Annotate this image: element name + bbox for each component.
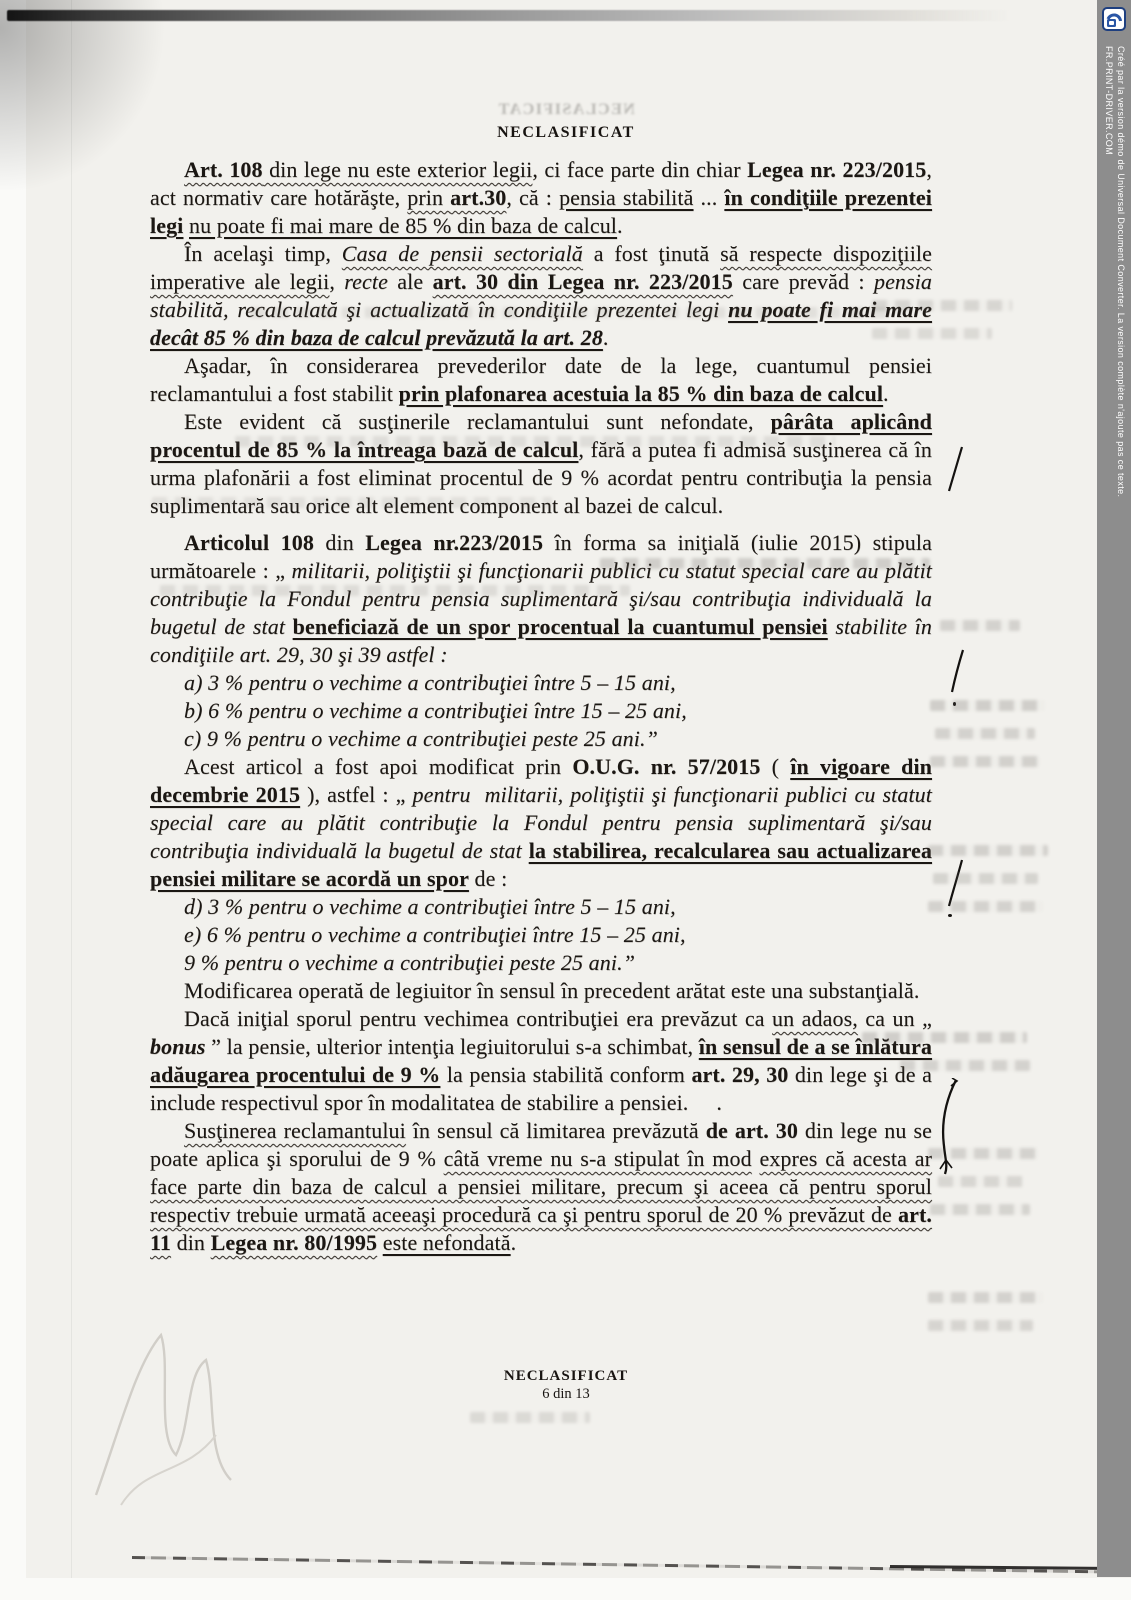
scan-left-margin	[0, 0, 26, 1600]
text-run: nu poate fi mai mare de 85 % din baza de…	[189, 213, 617, 238]
text-run: d) 3 % pentru o vechime a contribuţiei î…	[184, 894, 676, 919]
pencil-scribble	[66, 1305, 296, 1515]
text-run: câtă vreme nu s-a stipulat în mod	[444, 1146, 752, 1171]
classification-header: NECLASIFICAT	[175, 124, 957, 142]
bleedthrough-ghost-line	[152, 497, 552, 508]
paragraph: Dacă iniţial sporul pentru vechimea cont…	[150, 1005, 932, 1117]
text-run: un adaos,	[772, 1006, 858, 1031]
bleedthrough-ghost-line	[935, 728, 1035, 739]
text-run: .	[603, 325, 609, 350]
paragraph: Susţinerea reclamantului în sensul că li…	[150, 1117, 932, 1257]
bleedthrough-ghost-line	[933, 873, 1038, 884]
text-run: b) 6 % pentru o vechime a contribuţiei î…	[184, 698, 687, 723]
paragraph: În acelaşi timp, Casa de pensii sectoria…	[150, 240, 932, 352]
document-body: Art. 108 din lege nu este exterior legii…	[150, 156, 932, 1257]
text-run: 9 % pentru o vechime a contribuţiei pest…	[184, 950, 635, 975]
text-run: , că :	[506, 185, 559, 210]
text-run: .	[883, 381, 889, 406]
paragraph: Art. 108 din lege nu este exterior legii…	[150, 156, 932, 240]
text-run: Susţinerea reclamantului	[184, 1118, 406, 1143]
text-run: Modificarea operată de legiuitor în sens…	[184, 978, 919, 1003]
text-run: a) 3 % pentru o vechime a contribuţiei î…	[184, 670, 676, 695]
text-run: e) 6 % pentru o vechime a contribuţiei î…	[184, 922, 686, 947]
text-run: .	[617, 213, 623, 238]
text-run: c) 9 % pentru o vechime a contribuţiei p…	[184, 726, 658, 751]
handwritten-caret-mark	[938, 1158, 956, 1172]
bleedthrough-ghost-line	[930, 1204, 1030, 1215]
paragraph: Acest articol a fost apoi modificat prin…	[150, 753, 932, 893]
bleedthrough-ghost-line	[928, 845, 1048, 856]
bleedthrough-ghost-line	[930, 700, 1045, 711]
text-run: bonus	[150, 1034, 206, 1059]
watermark-line: Créé par la version démo de Universal Do…	[1115, 46, 1127, 497]
text-run: În acelaşi timp,	[184, 241, 342, 266]
text-run: care prevăd :	[733, 269, 874, 294]
text-run: (	[760, 754, 790, 779]
bleedthrough-ghost-line	[600, 558, 930, 569]
bleedthrough-ghost-line	[160, 585, 630, 596]
text-run: O.U.G. nr. 57/2015	[572, 754, 760, 779]
text-run: ), astfel : „	[300, 782, 412, 807]
universal-document-converter-logo-icon	[1102, 7, 1126, 31]
text-run: a fost ţinută	[583, 241, 720, 266]
text-run: Legea nr. 223/2015	[747, 157, 926, 182]
list-item: d) 3 % pentru o vechime a contribuţiei î…	[150, 893, 932, 921]
scan-bottom-edge-line	[132, 1556, 1130, 1573]
bleedthrough-ghost-line	[940, 620, 1020, 631]
text-run: ca un „	[858, 1006, 932, 1031]
list-item: e) 6 % pentru o vechime a contribuţiei î…	[150, 921, 932, 949]
text-run: Legea nr. 80/1995	[211, 1230, 378, 1255]
paragraph: Aşadar, în considerarea prevederilor dat…	[150, 352, 932, 408]
text-run: de art. 30	[706, 1118, 798, 1143]
text-run: de :	[469, 866, 507, 891]
text-run: din	[171, 1230, 211, 1255]
text-run: din	[314, 530, 365, 555]
text-run: Art. 108	[184, 157, 263, 182]
bleedthrough-ghost-line	[872, 328, 992, 339]
list-item: a) 3 % pentru o vechime a contribuţiei î…	[150, 669, 932, 697]
bleedthrough-ghost-line	[235, 436, 835, 447]
text-run: art. 30 din Legea nr. 223/2015	[433, 269, 733, 294]
text-run: art. 29, 30	[691, 1062, 788, 1087]
handwritten-dot-mark	[948, 914, 952, 917]
bleedthrough-ghost-line	[928, 901, 1043, 912]
text-run: Legea nr.223/2015	[365, 530, 543, 555]
text-run: ...	[693, 185, 724, 210]
text-run: art.30	[450, 185, 506, 210]
list-item: c) 9 % pentru o vechime a contribuţiei p…	[150, 725, 932, 753]
text-run: pensia stabilită	[559, 185, 693, 210]
text-run: Dacă iniţial sporul pentru vechimea cont…	[184, 1006, 772, 1031]
bleedthrough-ghost-line	[930, 756, 1040, 767]
text-run: ” la pensie, ulterior intenţia legiuitor…	[206, 1034, 699, 1059]
bleedthrough-text: NECLASIFICAT	[175, 101, 957, 119]
text-run: Articolul 108	[184, 530, 314, 555]
watermark-text: Créé par la version démo de Universal Do…	[1103, 46, 1127, 497]
text-run: prin plafonarea acestuia la 85 % din baz…	[399, 381, 883, 406]
text-run: Este evident că susţinerile reclamantulu…	[184, 409, 771, 434]
scanned-legal-document: { "page": { "header_classification": "NE…	[0, 0, 1131, 1600]
text-run: este nefondată	[383, 1230, 511, 1255]
text-run: Casa de pensii sectorială	[342, 241, 583, 266]
watermark-strip: Créé par la version démo de Universal Do…	[1097, 0, 1131, 1577]
text-run: prin	[407, 185, 450, 210]
bleedthrough-ghost-line	[938, 1176, 1023, 1187]
bleedthrough-ghost-line	[872, 300, 1012, 311]
bleedthrough-ghost-line	[250, 307, 890, 318]
text-run: ale	[388, 269, 433, 294]
handwritten-slash-mark	[946, 445, 966, 493]
watermark-url: FR.PRINT-DRIVER.COM	[1103, 46, 1115, 497]
text-run: recte	[344, 269, 388, 294]
scan-bottom-margin	[0, 1578, 1131, 1600]
bleedthrough-ghost-line	[928, 1148, 1038, 1159]
text-run: din lege nu este exterior legii	[263, 157, 533, 182]
bleedthrough-ghost-line	[928, 1292, 1043, 1303]
text-run: Acest articol a fost apoi modificat prin	[184, 754, 572, 779]
bleedthrough-ghost-line	[928, 1320, 1033, 1331]
bleedthrough-ghost-line	[470, 1412, 590, 1423]
paragraph: Articolul 108 din Legea nr.223/2015 în f…	[150, 529, 932, 669]
text-run: beneficiază de un spor procentual la cua…	[293, 614, 828, 639]
bleedthrough-ghost-line	[900, 1060, 1030, 1071]
list-item: b) 6 % pentru o vechime a contribuţiei î…	[150, 697, 932, 725]
bleedthrough-ghost-line	[862, 1032, 1027, 1043]
text-run: în sensul că limitarea prevăzută	[406, 1118, 706, 1143]
scan-top-edge-artifact	[7, 10, 1009, 21]
list-item: 9 % pentru o vechime a contribuţiei pest…	[150, 949, 932, 977]
text-run: la pensia stabilită conform	[440, 1062, 691, 1087]
text-run: , ci face parte din chiar	[532, 157, 747, 182]
paragraph: Modificarea operată de legiuitor în sens…	[150, 977, 932, 1005]
handwritten-slash-mark	[948, 648, 968, 694]
text-run: .	[511, 1230, 517, 1255]
text-run: ,	[329, 269, 344, 294]
